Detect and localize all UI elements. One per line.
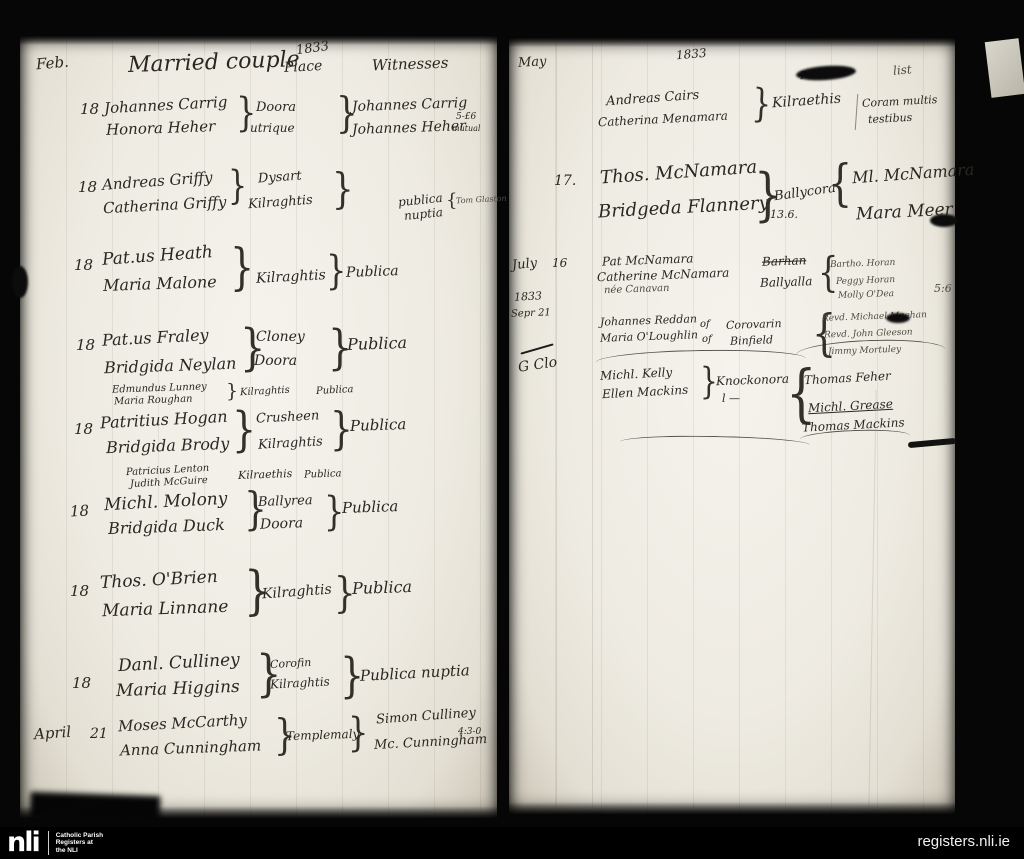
brace: } <box>226 382 238 401</box>
brace: } <box>230 242 254 291</box>
place-name: Doora <box>256 101 296 114</box>
place-name: Cloney <box>256 330 305 344</box>
place-name: Knockonora <box>716 373 789 388</box>
footer-org-line: Catholic Parish <box>56 832 103 840</box>
column-header-witnesses: Witnesses <box>372 56 449 74</box>
brace: } <box>232 405 256 453</box>
register-scan-viewer: Feb. Married couple 1833 Place Witnesses… <box>0 0 1024 859</box>
place-name: Kilraethis <box>238 468 293 481</box>
place-name: l — <box>722 393 740 404</box>
witness-name: Tom Glaston <box>456 195 507 206</box>
month-label: Feb. <box>35 55 69 73</box>
margin-date: 1833 <box>514 290 543 302</box>
place-name: Corovarin <box>726 318 782 331</box>
site-url: registers.nli.ie <box>917 833 1010 850</box>
place-name: Kilraghtis <box>256 268 326 286</box>
ruled-line <box>592 40 593 810</box>
place-name: Crusheen <box>256 409 320 425</box>
place-name: 13.6. <box>770 209 798 220</box>
brace: } <box>348 712 368 752</box>
bride-name: Bridgida Duck <box>108 517 225 537</box>
witness-name: Publica <box>347 335 408 353</box>
entry-day: 18 <box>76 338 95 353</box>
entry-day: 17. <box>554 174 576 188</box>
column-header-couple: Married couple <box>128 49 300 77</box>
entry-day: 18 <box>78 180 97 195</box>
of-label: of <box>700 320 710 330</box>
groom-name: Michl. Kelly <box>600 366 673 382</box>
entry-day: 18 <box>80 102 99 117</box>
place-name: Doora <box>260 516 304 531</box>
brace: } <box>256 649 281 699</box>
entry-day: 18 <box>74 258 93 273</box>
place-name-struck: Barhan <box>762 254 807 268</box>
brace: { <box>828 158 852 207</box>
struck-note: list <box>893 63 913 77</box>
place-name: Doora <box>254 354 297 368</box>
bride-name: Maria Malone <box>103 274 217 294</box>
ruled-line <box>556 40 557 810</box>
footer-org-text: Catholic Parish Registers at the NLI <box>56 832 103 855</box>
bride-name: Maria Linnane <box>102 599 229 620</box>
page-edge-shadow <box>30 792 161 825</box>
witness-name: Publica <box>346 264 399 280</box>
groom-name: Johannes Reddan <box>600 313 697 327</box>
fee-note: 4:3-0 <box>458 728 481 737</box>
bride-name: Bridgida Neylan <box>104 356 237 377</box>
place-name: Kilraghtis <box>270 675 330 690</box>
month-label: April <box>34 725 72 743</box>
place-name: Dysart <box>258 169 302 185</box>
place-name: Kilraghtis <box>258 435 323 451</box>
brace: } <box>326 250 346 290</box>
month-label: May <box>518 55 547 69</box>
nli-logo: nli <box>7 832 39 854</box>
margin-date: 16 <box>552 257 567 269</box>
corner-fragment <box>985 38 1024 98</box>
entry-day: 18 <box>70 504 90 520</box>
brace: } <box>228 168 247 207</box>
margin-date: Sepr 21 <box>511 308 551 319</box>
fee-note: mutual <box>452 125 480 133</box>
bride-name: Honora Heher <box>106 119 216 138</box>
bride-name: Maria Higgins <box>116 679 240 700</box>
footer-bar: nli Catholic Parish Registers at the NLI… <box>0 827 1024 859</box>
witness-name: testibus <box>868 112 913 125</box>
place-name: Ballyalla <box>760 275 813 289</box>
witness-name: Publica <box>342 499 399 516</box>
of-label: of <box>702 335 712 345</box>
fee-note: 5:6 <box>934 283 952 294</box>
brace: } <box>751 85 772 126</box>
entry-day: 18 <box>70 584 89 599</box>
ink-blot <box>886 313 910 323</box>
groom-name: Pat McNamara <box>602 252 694 267</box>
bride-name: Maria O'Loughlin <box>600 329 698 343</box>
fee-note: 5-£6 <box>456 113 476 122</box>
entry-day: 18 <box>74 422 93 437</box>
witness-name: Publica <box>352 579 413 597</box>
bride-name: Bridgida Brody <box>106 436 230 456</box>
ink-blot <box>930 214 958 227</box>
footer-org-line: Registers at <box>56 839 103 847</box>
witness-name: Publica <box>304 469 342 480</box>
entry-day: 18 <box>72 676 91 691</box>
place-name: Corofin <box>270 657 312 670</box>
year-label: 1833 <box>676 47 707 62</box>
witness-name: Johannes Heher <box>352 119 466 137</box>
entry-day: 21 <box>90 727 108 741</box>
column-header-place: Place <box>284 59 323 75</box>
place-name: Binfield <box>730 334 773 346</box>
place-name: Ballyrea <box>258 494 313 509</box>
witness-name: Publica <box>316 385 354 397</box>
footer-divider <box>48 831 49 855</box>
place-name: utrique <box>250 122 295 134</box>
ink-blot <box>12 266 28 298</box>
footer-org-line: the NLI <box>56 847 103 855</box>
margin-date: July <box>511 257 537 273</box>
brace: } <box>332 168 354 211</box>
witness-name: Publica <box>350 417 407 434</box>
witness-name: Johannes Carrig <box>352 96 468 114</box>
